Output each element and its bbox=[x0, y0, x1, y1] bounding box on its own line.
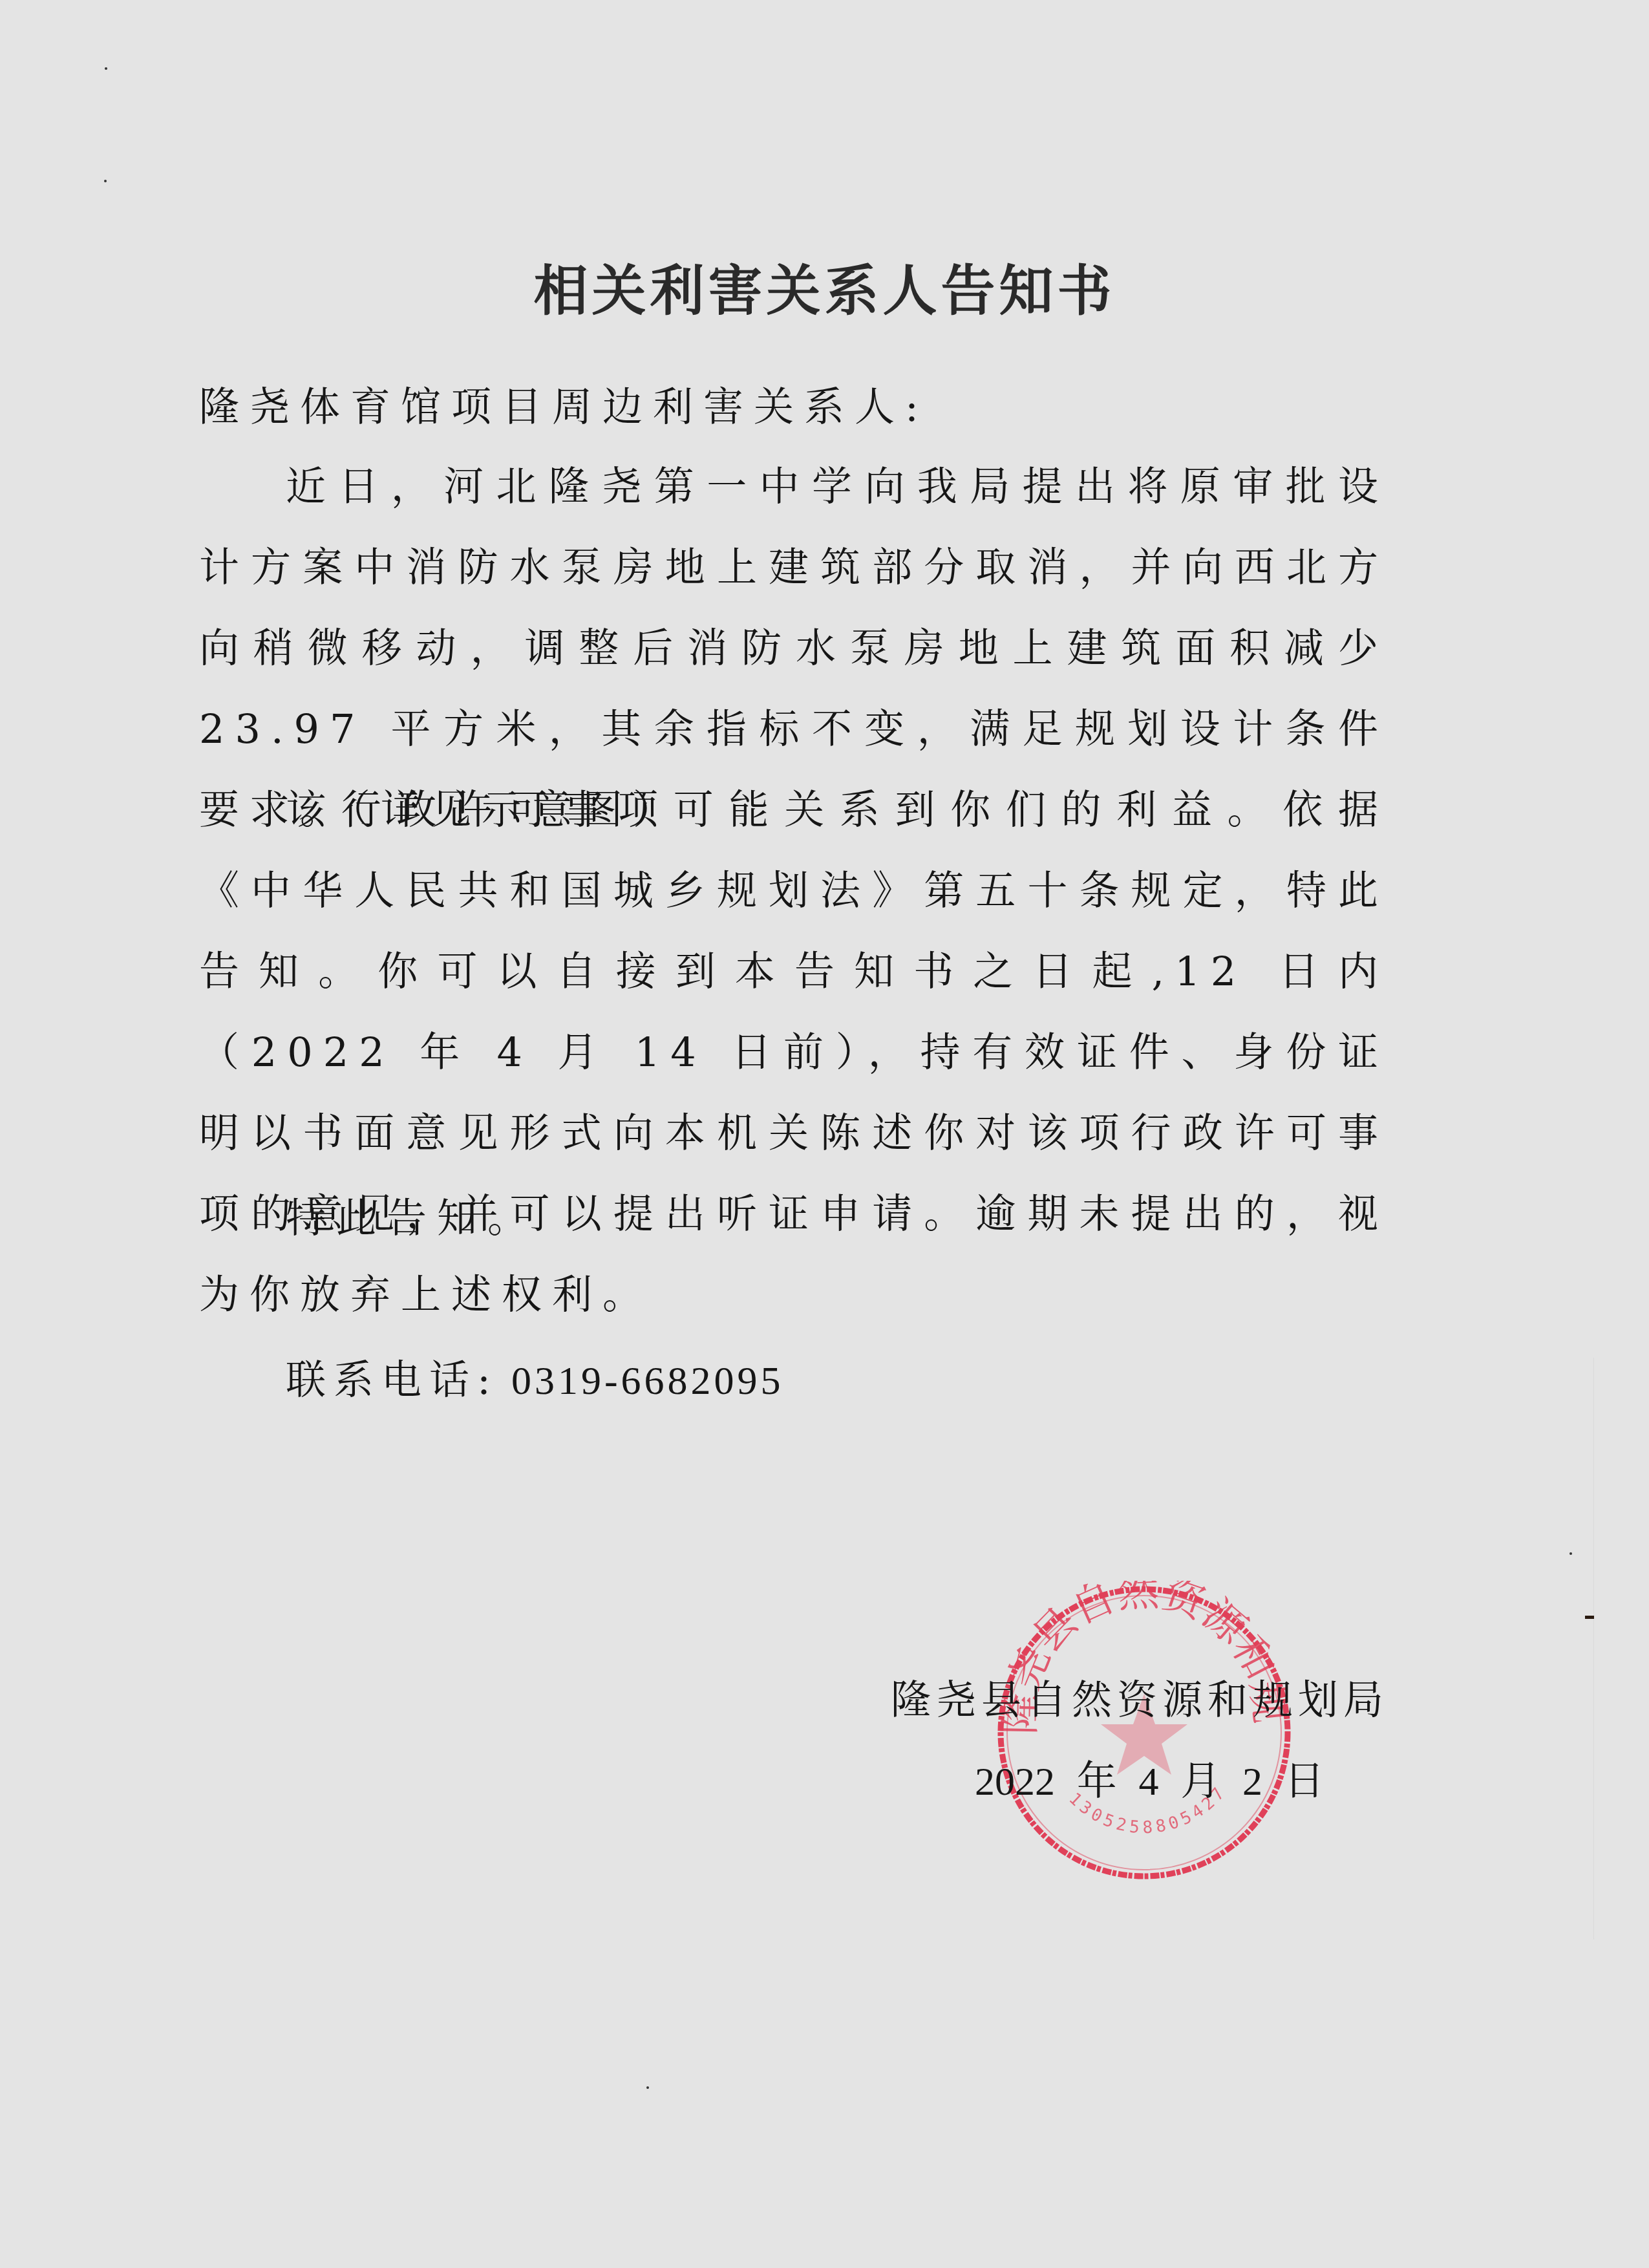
scan-edge-mark bbox=[1585, 1616, 1594, 1619]
closing-line: 特此告知。 bbox=[286, 1183, 538, 1254]
date-year: 2022 bbox=[975, 1760, 1055, 1804]
document-page: 相关利害关系人告知书 隆尧体育馆项目周边利害关系人: 近日，河北隆尧第一中学向我… bbox=[0, 0, 1649, 2268]
signature-date: 2022 年 4 月 2 日 bbox=[975, 1746, 1325, 1817]
date-day-unit: 日 bbox=[1284, 1757, 1325, 1804]
date-month-unit: 月 bbox=[1180, 1757, 1220, 1804]
contact-phone: 0319-6682095 bbox=[511, 1359, 784, 1403]
signature-organization: 隆尧县自然资源和规划局 bbox=[891, 1665, 1388, 1736]
date-month: 4 bbox=[1138, 1760, 1158, 1804]
date-year-unit: 年 bbox=[1077, 1757, 1117, 1804]
salutation: 隆尧体育馆项目周边利害关系人: bbox=[199, 372, 929, 443]
contact-line: 联系电话:0319-6682095 bbox=[286, 1345, 784, 1417]
scan-speck bbox=[104, 180, 107, 182]
document-title: 相关利害关系人告知书 bbox=[0, 259, 1649, 323]
contact-label: 联系电话: bbox=[286, 1356, 498, 1404]
scan-line bbox=[1593, 1358, 1594, 1940]
scan-speck bbox=[646, 2086, 649, 2089]
scan-speck bbox=[105, 67, 107, 70]
date-day: 2 bbox=[1242, 1760, 1262, 1804]
scan-speck bbox=[1569, 1552, 1572, 1555]
scan-speck bbox=[645, 1216, 648, 1218]
